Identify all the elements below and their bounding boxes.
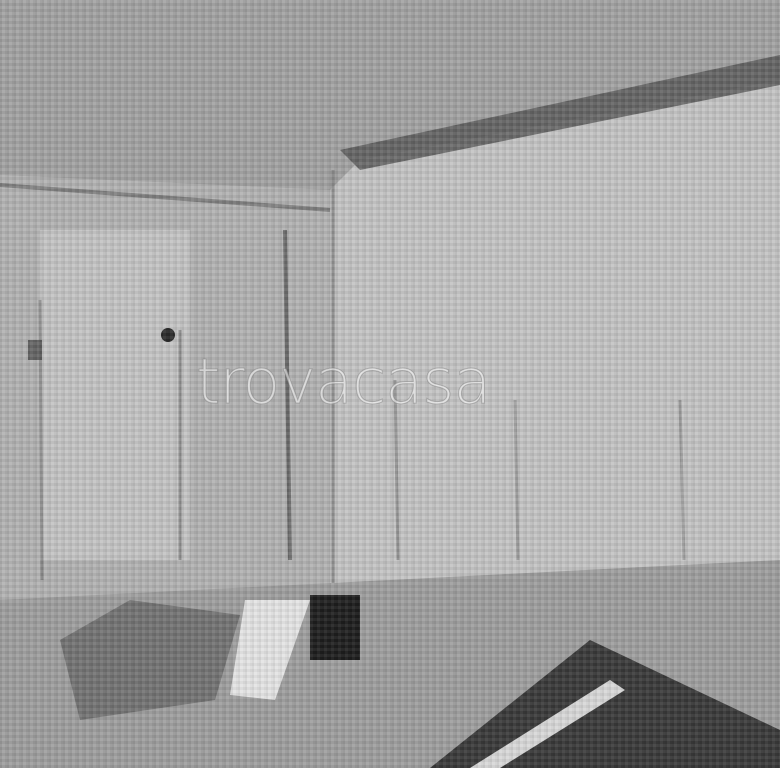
dark-box	[310, 595, 360, 660]
watermark-text: trovacasa	[196, 351, 490, 413]
window-light	[40, 230, 190, 560]
listing-photo: trovacasa	[0, 0, 780, 768]
wall-fixture	[161, 328, 175, 342]
watermark: trovacasa	[196, 342, 596, 422]
